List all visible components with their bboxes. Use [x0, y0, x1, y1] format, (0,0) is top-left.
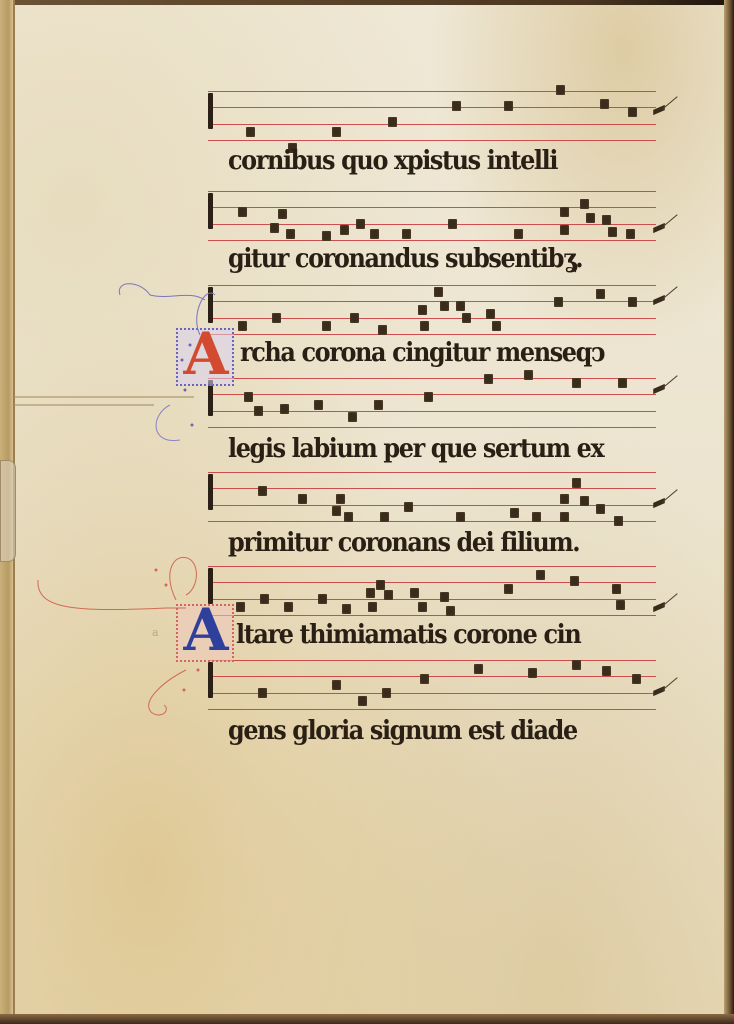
neume-note-icon [586, 213, 595, 223]
neume-note-icon [524, 370, 533, 380]
guide-letter: a [152, 626, 159, 639]
neume-note-icon [556, 85, 565, 95]
staff-line [208, 240, 656, 241]
staff-line [208, 615, 656, 616]
staff-line [208, 411, 656, 412]
staff-line [208, 566, 656, 567]
neume-note-icon [236, 602, 245, 612]
neume-note-icon [536, 570, 545, 580]
neume-note-icon [486, 309, 495, 319]
staff-line [208, 582, 656, 583]
staff-line [208, 599, 656, 600]
staff-line [208, 140, 656, 141]
neume-note-icon [602, 666, 611, 676]
neume-note-icon [278, 209, 287, 219]
neume-note-icon [580, 496, 589, 506]
neume-note-icon [336, 494, 345, 504]
neume-note-icon [366, 588, 375, 598]
staff-line [208, 378, 656, 379]
staff-line [208, 285, 656, 286]
neume-note-icon [344, 512, 353, 522]
neume-note-icon [528, 668, 537, 678]
neume-note-icon [600, 99, 609, 109]
lyric-line-6: ltare thimiamatis corone cin [236, 620, 580, 650]
neume-note-icon [572, 660, 581, 670]
custos-tail [662, 214, 678, 228]
neume-note-icon [570, 576, 579, 586]
neume-note-icon [318, 594, 327, 604]
neume-note-icon [434, 287, 443, 297]
neume-note-icon [596, 289, 605, 299]
custos-tail [662, 677, 678, 691]
neume-note-icon [322, 321, 331, 331]
neume-note-icon [462, 313, 471, 323]
neume-note-icon [456, 512, 465, 522]
neume-note-icon [612, 584, 621, 594]
lyric-line-4: legis labium per que sertum ex [228, 434, 603, 464]
neume-note-icon [332, 506, 341, 516]
neume-note-icon [580, 199, 589, 209]
neume-note-icon [596, 504, 605, 514]
c-clef-icon [208, 287, 213, 323]
neume-note-icon [332, 127, 341, 137]
staff-4 [208, 378, 656, 430]
staff-7 [208, 660, 656, 712]
c-clef-icon [208, 193, 213, 229]
neume-note-icon [378, 325, 387, 335]
neume-note-icon [258, 688, 267, 698]
neume-note-icon [260, 594, 269, 604]
staff-line [208, 521, 656, 522]
neume-note-icon [514, 229, 523, 239]
staff-line [208, 488, 656, 489]
neume-note-icon [608, 227, 617, 237]
custos-tail [662, 489, 678, 503]
neume-note-icon [572, 478, 581, 488]
c-clef-icon [208, 93, 213, 129]
tab-marker [0, 460, 16, 562]
lyric-line-7: gens gloria signum est diade [228, 716, 577, 746]
neume-note-icon [258, 486, 267, 496]
neume-note-icon [560, 512, 569, 522]
neume-note-icon [348, 412, 357, 422]
c-clef-icon [208, 474, 213, 510]
neume-note-icon [314, 400, 323, 410]
neume-note-icon [356, 219, 365, 229]
neume-note-icon [456, 301, 465, 311]
staff-5 [208, 472, 656, 524]
neume-note-icon [350, 313, 359, 323]
staff-line [208, 472, 656, 473]
neume-note-icon [418, 305, 427, 315]
neume-note-icon [504, 101, 513, 111]
neume-note-icon [382, 688, 391, 698]
neume-note-icon [602, 215, 611, 225]
neume-note-icon [446, 606, 455, 616]
neume-note-icon [404, 502, 413, 512]
neume-note-icon [420, 321, 429, 331]
neume-note-icon [284, 602, 293, 612]
neume-note-icon [484, 374, 493, 384]
neume-note-icon [420, 674, 429, 684]
neume-note-icon [628, 297, 637, 307]
binding-thread [14, 404, 154, 406]
neume-note-icon [374, 400, 383, 410]
illuminated-initial-altare: A [172, 598, 236, 664]
neume-note-icon [560, 207, 569, 217]
neume-note-icon [238, 207, 247, 217]
neume-note-icon [270, 223, 279, 233]
neume-note-icon [628, 107, 637, 117]
neume-note-icon [632, 674, 641, 684]
custos-tail [662, 96, 678, 110]
lyric-line-1: cornibus quo xpistus intelli [228, 146, 557, 176]
initial-letter: A [178, 600, 234, 660]
custos-tail [662, 375, 678, 389]
top-edge [0, 0, 734, 5]
neume-note-icon [554, 297, 563, 307]
neume-note-icon [358, 696, 367, 706]
neume-note-icon [560, 494, 569, 504]
neume-note-icon [384, 590, 393, 600]
custos-tail [662, 593, 678, 607]
staff-2 [208, 191, 656, 243]
neume-note-icon [616, 600, 625, 610]
neume-note-icon [370, 229, 379, 239]
neume-note-icon [572, 378, 581, 388]
lyric-line-5: primitur coronans dei filium. [228, 528, 579, 558]
neume-note-icon [340, 225, 349, 235]
staff-line [208, 334, 656, 335]
staff-line [208, 660, 656, 661]
neume-note-icon [452, 101, 461, 111]
neume-note-icon [342, 604, 351, 614]
neume-note-icon [474, 664, 483, 674]
staff-6 [208, 566, 656, 618]
lyric-line-2: gitur coronandus subsentibʓ. [228, 244, 582, 274]
neume-note-icon [410, 588, 419, 598]
lyric-line-3: rcha corona cingitur menseqↄ [240, 338, 604, 368]
neume-note-icon [368, 602, 377, 612]
staff-line [208, 676, 656, 677]
neume-note-icon [424, 392, 433, 402]
neume-note-icon [272, 313, 281, 323]
bottom-edge [0, 1014, 734, 1024]
staff-3 [208, 285, 656, 337]
neume-note-icon [322, 231, 331, 241]
neume-note-icon [618, 378, 627, 388]
staff-line [208, 107, 656, 108]
custos-tail [662, 286, 678, 300]
manuscript-leaf: cornibus quo xpistus intelli gitur coron… [0, 0, 734, 1024]
fore-edge [724, 0, 734, 1024]
neume-note-icon [244, 392, 253, 402]
neume-note-icon [504, 584, 513, 594]
staff-line [208, 91, 656, 92]
neume-note-icon [280, 404, 289, 414]
illuminated-initial-arca: A [172, 322, 236, 388]
neume-note-icon [380, 512, 389, 522]
neume-note-icon [614, 516, 623, 526]
neume-note-icon [532, 512, 541, 522]
neume-note-icon [254, 406, 263, 416]
neume-note-icon [560, 225, 569, 235]
staff-line [208, 191, 656, 192]
neume-note-icon [238, 321, 247, 331]
neume-note-icon [246, 127, 255, 137]
staff-line [208, 693, 656, 694]
neume-note-icon [418, 602, 427, 612]
neume-note-icon [388, 117, 397, 127]
neume-note-icon [286, 229, 295, 239]
neume-note-icon [376, 580, 385, 590]
staff-line [208, 709, 656, 710]
initial-letter: A [178, 324, 234, 384]
neume-note-icon [440, 592, 449, 602]
staff-1 [208, 91, 656, 143]
neume-note-icon [626, 229, 635, 239]
staff-line [208, 427, 656, 428]
neume-note-icon [448, 219, 457, 229]
neume-note-icon [510, 508, 519, 518]
staff-line [208, 124, 656, 125]
neume-note-icon [440, 301, 449, 311]
neume-note-icon [298, 494, 307, 504]
binding-thread [14, 396, 194, 398]
neume-note-icon [492, 321, 501, 331]
neume-note-icon [332, 680, 341, 690]
neume-note-icon [402, 229, 411, 239]
c-clef-icon [208, 662, 213, 698]
staff-line [208, 301, 656, 302]
